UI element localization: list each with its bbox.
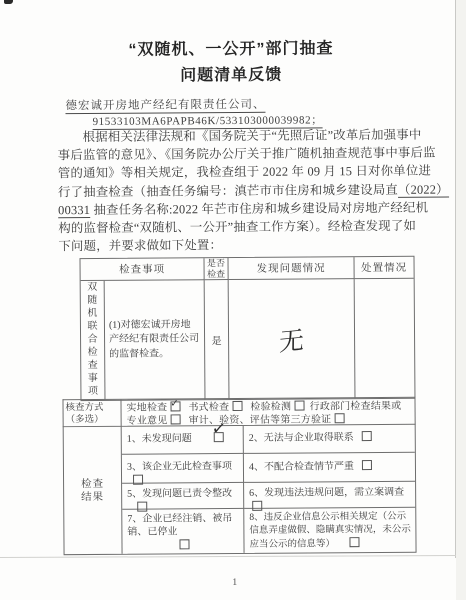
category-vertical-label: 双随机联合检查事项	[86, 282, 99, 398]
inspection-item-cell: (1)对德宏诚开房地产经纪有限责任公司的监督检查。	[105, 280, 206, 400]
scanned-document-page: “双随机、一公开”部门抽查 问题清单反馈 德宏诚开房地产经纪有限责任公司、 91…	[0, 0, 466, 600]
verify-method-options: 实地检查✓ 书式检查 检验检测 行政部门检查结果或专业意见 审计、验资、评估等第…	[121, 398, 414, 427]
result-item-cell: 8、违反企业信息公示相关规定（公示信息弄虚做假、隐瞒真实情况，未公示应当公示的信…	[244, 508, 415, 553]
verify-option-label: 检验检测	[250, 402, 291, 413]
paragraph-line: 管的通知》等相关规定，我检查组于 2022 年 09 月 15 日对你单位进	[58, 162, 452, 183]
document-title-line2: 问题清单反馈	[18, 61, 444, 87]
verify-method-label-cell: 核查方式（多选）	[63, 400, 121, 427]
paragraph-line: 构的监督检查“双随机、一公开”抽查工作方案）。经检查发现了如	[58, 216, 452, 237]
checkbox-empty[interactable]	[362, 460, 372, 470]
result-item-cell: 3、该企业无此检查事项	[122, 454, 244, 484]
result-label-cell: 检查结果	[64, 427, 123, 554]
header-problem-found: 发现问题情况	[228, 257, 354, 280]
disposal-cell	[355, 279, 415, 398]
checkbox-empty[interactable]	[349, 537, 359, 547]
checkbox-empty[interactable]	[179, 539, 189, 549]
checkbox-checked[interactable]: ✓	[170, 401, 180, 411]
check-icon: ✓	[170, 398, 179, 410]
category-cell: 双随机联合检查事项	[81, 281, 106, 400]
scan-margin	[456, 0, 466, 600]
result-item-cell: 1、未发现问题✓	[122, 426, 244, 455]
checkbox-empty[interactable]	[170, 415, 180, 425]
result-item-cell: 4、不配合检查情节严重	[244, 453, 415, 483]
checkbox-empty[interactable]	[362, 431, 372, 441]
page-number: 1	[2, 575, 466, 589]
is-checked-cell: 是	[205, 280, 230, 399]
checkbox-checked[interactable]: ✓	[214, 432, 224, 442]
header-is-checked: 是否检查	[204, 258, 228, 280]
inspection-items-table: 检查事项 是否检查 发现问题情况 处置情况 双随机联合检查事项 (1)对德宏诚开…	[79, 256, 415, 401]
handwritten-none-mark: 无	[279, 320, 304, 359]
header-disposal: 处置情况	[354, 257, 413, 279]
verify-option-label: 书式检查	[188, 402, 229, 413]
verify-method-row: 核查方式（多选） 实地检查✓ 书式检查 检验检测 行政部门检查结果或专业意见 审…	[62, 397, 415, 427]
handdrawn-check-icon: ✓	[211, 422, 226, 436]
paragraph-line: 下问题，并要求做如下处置：	[58, 235, 452, 256]
checkbox-empty[interactable]	[294, 401, 304, 411]
problem-found-cell: 无	[229, 279, 356, 399]
result-item-cell: 6、发现违法违规问题，需立案调查	[244, 482, 415, 509]
task-number-underlined: 00331	[58, 203, 90, 218]
result-item-cell: 7、企业已经注销、被吊销、已停业	[122, 509, 244, 554]
result-item-cell: 2、无法与企业取得联系	[244, 425, 415, 454]
notice-paragraph: 根据相关法律法规和《国务院关于“先照后证”改革后加强事中 事后监管的意见》、《国…	[58, 125, 453, 255]
document-title-line1: “双随机、一公开”部门抽查	[18, 35, 444, 61]
verify-option-label: 实地检查	[127, 402, 168, 413]
company-name-line: 德宏诚开房地产经纪有限责任公司、	[65, 96, 265, 113]
inspection-result-table: 检查结果 1、未发现问题✓ 2、无法与企业取得联系 3、该企业无此检查事项 4、…	[63, 424, 417, 555]
checkbox-empty[interactable]	[334, 413, 344, 423]
checkbox-empty[interactable]	[232, 401, 242, 411]
paragraph-line: 行了抽查检查（抽查任务编号：滇芒市市住房和城乡建设局直（2022）	[58, 180, 452, 201]
scan-artifact-speck	[4, 0, 13, 4]
header-inspection-item: 检查事项	[81, 258, 205, 281]
task-number-underlined: （2022）	[398, 182, 449, 197]
scan-page-edge-right	[455, 0, 456, 558]
result-item-cell: 5、发现问题已责令整改	[122, 483, 244, 510]
